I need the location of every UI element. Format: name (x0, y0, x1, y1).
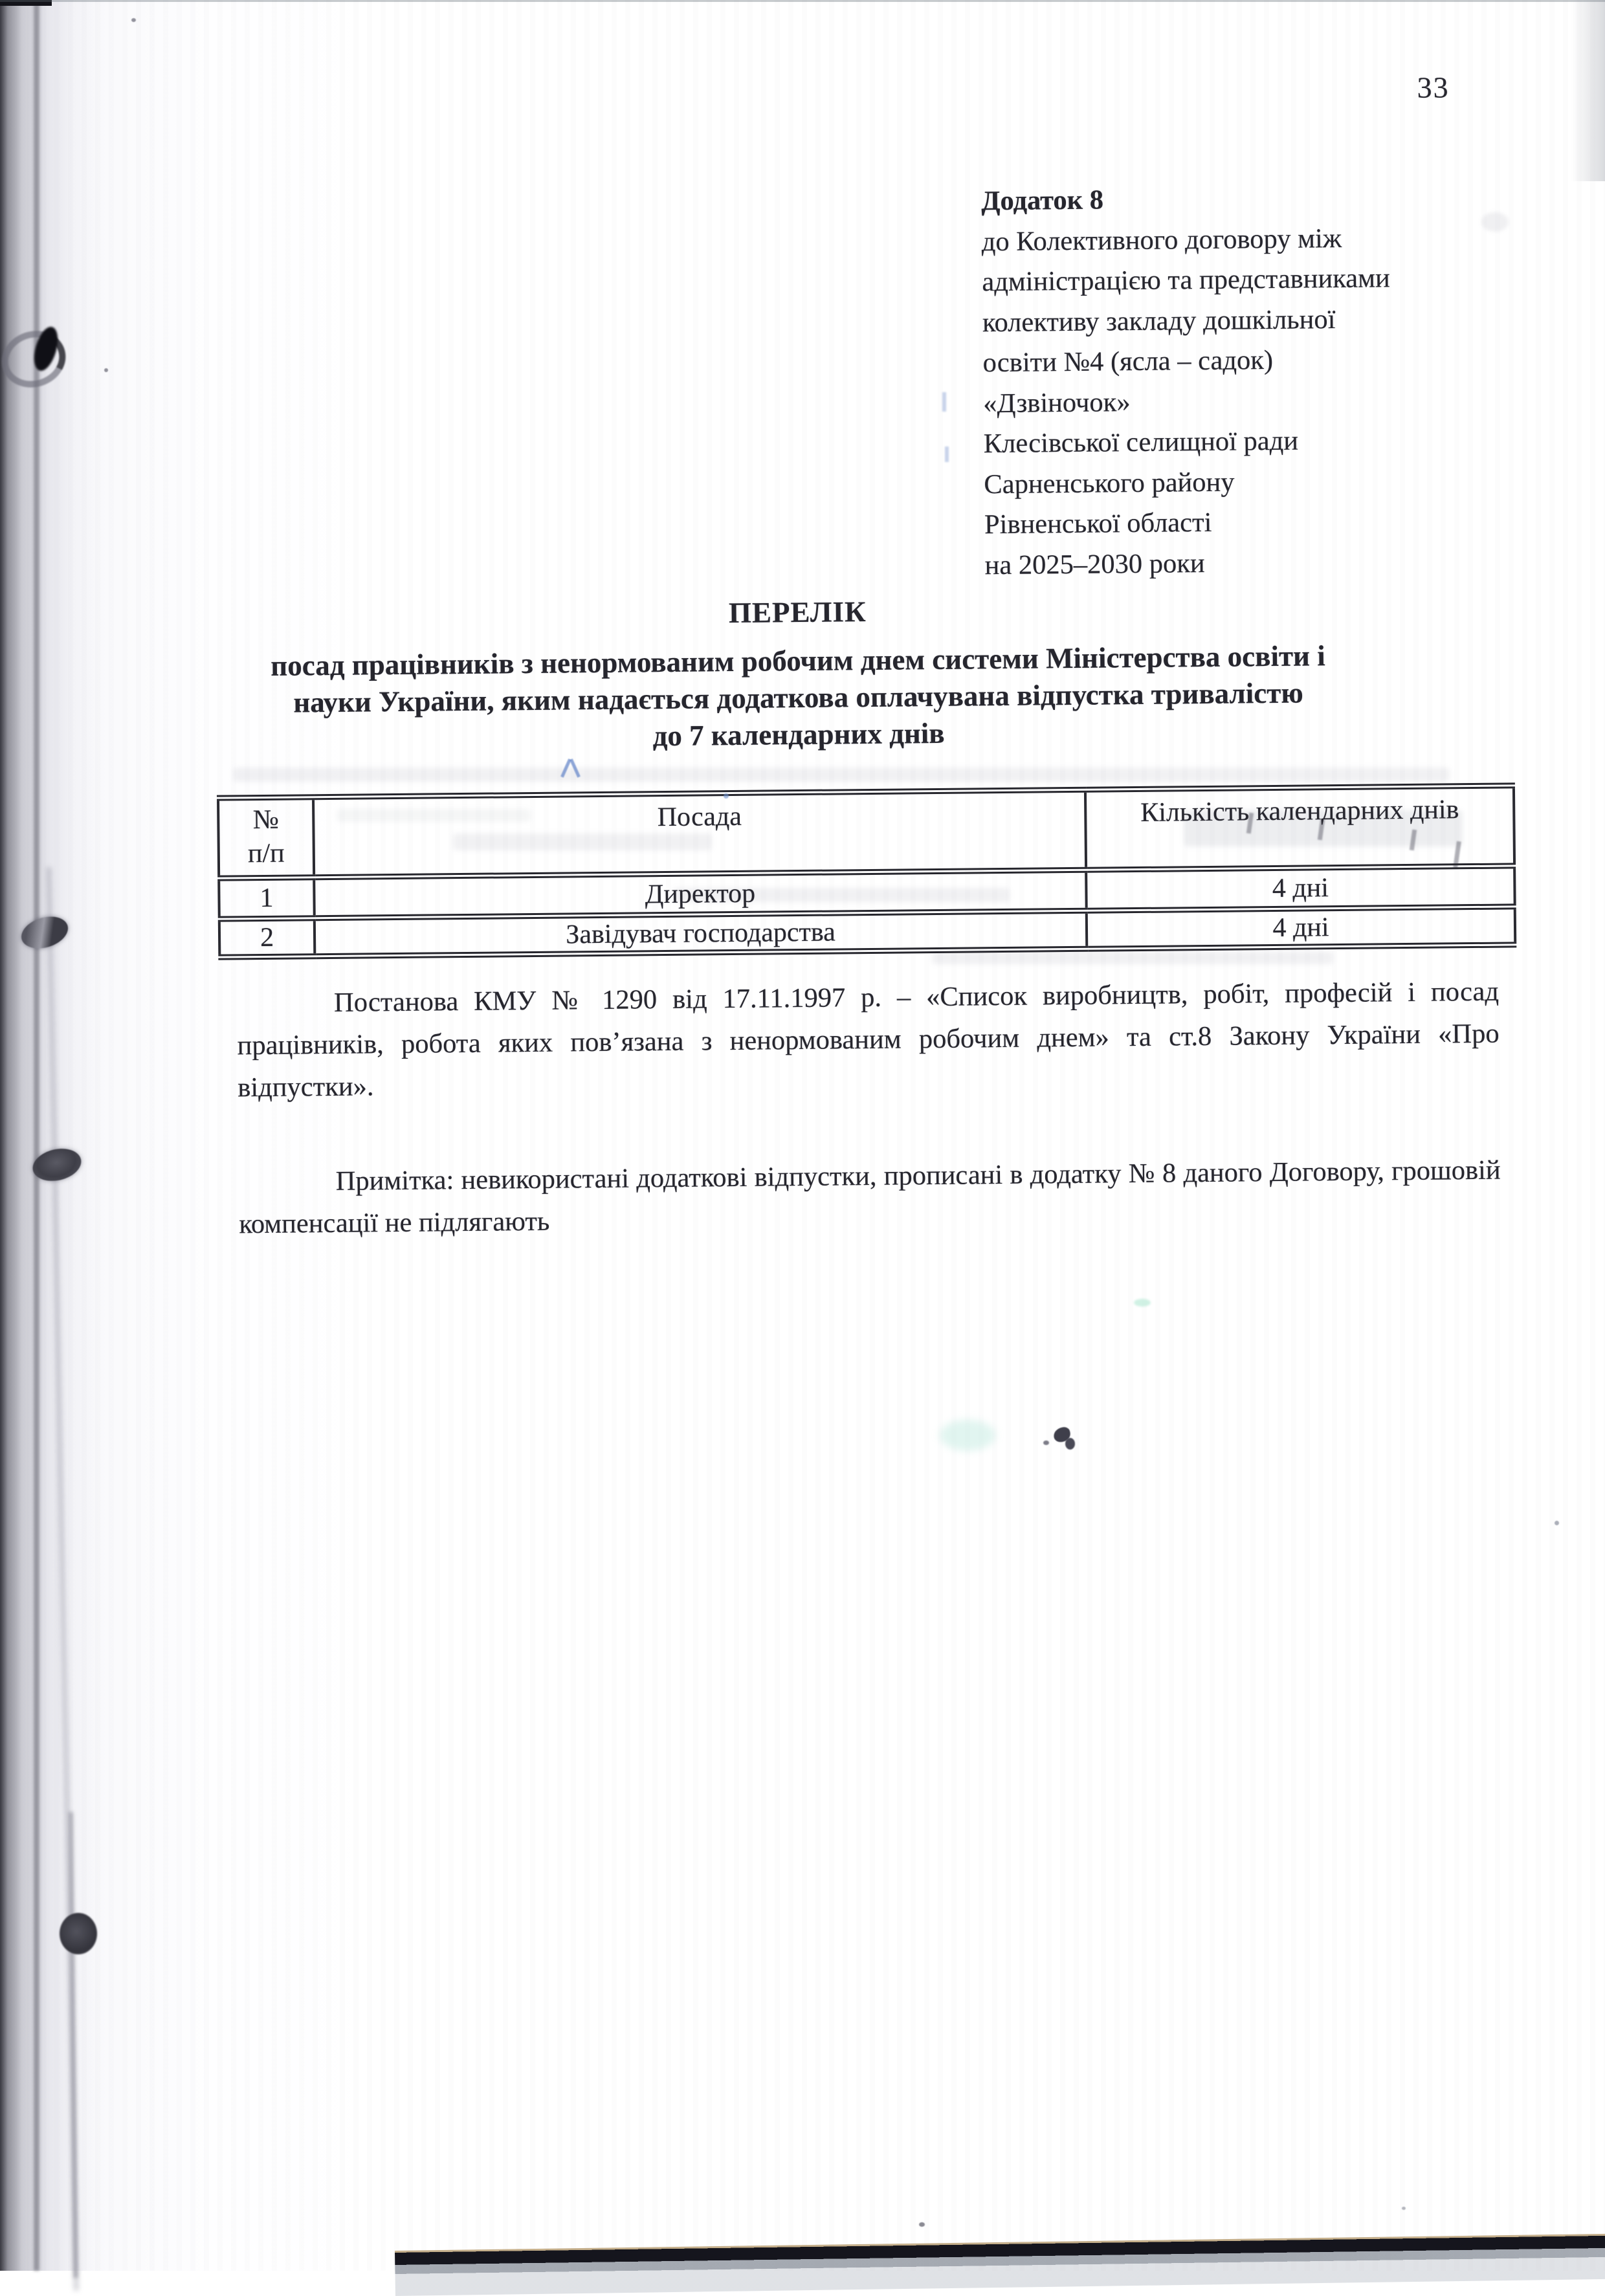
paragraph-legal-basis: Постанова КМУ № 1290 від 17.11.1997 р. –… (237, 971, 1500, 1109)
appendix-line: на 2025–2030 роки (984, 542, 1393, 586)
cell-position: Директор (314, 870, 1087, 918)
document-content: 33 Додаток 8 до Колективного договору мі… (0, 0, 1605, 2271)
scan-top-edge-mark (0, 0, 52, 6)
cell-days: 4 дні (1086, 866, 1515, 911)
cell-row-number: 2 (219, 918, 315, 957)
header-num-line: п/п (221, 836, 312, 870)
appendix-line: Клесівської селищної ради (984, 420, 1392, 465)
document-title: ПЕРЕЛІК (115, 588, 1480, 637)
appendix-line: Рівненської області (984, 501, 1393, 546)
cell-days: 4 дні (1087, 907, 1516, 949)
table-header-row: № п/п Посада Кількість календарних днів (218, 786, 1514, 878)
cell-position: Завідувач господарства (315, 911, 1087, 956)
scanned-page: 33 Додаток 8 до Колективного договору мі… (0, 0, 1605, 2271)
appendix-title: Додаток 8 (981, 177, 1389, 222)
appendix-line: колективу закладу дошкільної (982, 299, 1391, 344)
paragraph-note: Примітка: невикористані додаткові відпус… (238, 1149, 1501, 1246)
positions-table: № п/п Посада Кількість календарних днів … (217, 782, 1516, 960)
appendix-header-block: Додаток 8 до Колективного договору між а… (981, 177, 1393, 586)
table-header-position: Посада (313, 789, 1086, 877)
appendix-line: до Колективного договору між (982, 218, 1390, 263)
table-header-num: № п/п (218, 797, 314, 878)
header-num-line: № (220, 802, 311, 837)
appendix-line: адміністрацією та представниками (982, 258, 1390, 303)
appendix-line: освіти №4 (ясла – садок) (982, 339, 1391, 384)
appendix-line: «Дзвіночок» (983, 380, 1391, 425)
document-title-block: ПЕРЕЛІК посад працівників з ненормованим… (115, 588, 1481, 760)
appendix-line: Сарненського району (984, 461, 1392, 505)
page-number: 33 (1417, 70, 1450, 104)
cell-row-number: 1 (219, 878, 315, 919)
table-header-days: Кількість календарних днів (1085, 786, 1514, 870)
